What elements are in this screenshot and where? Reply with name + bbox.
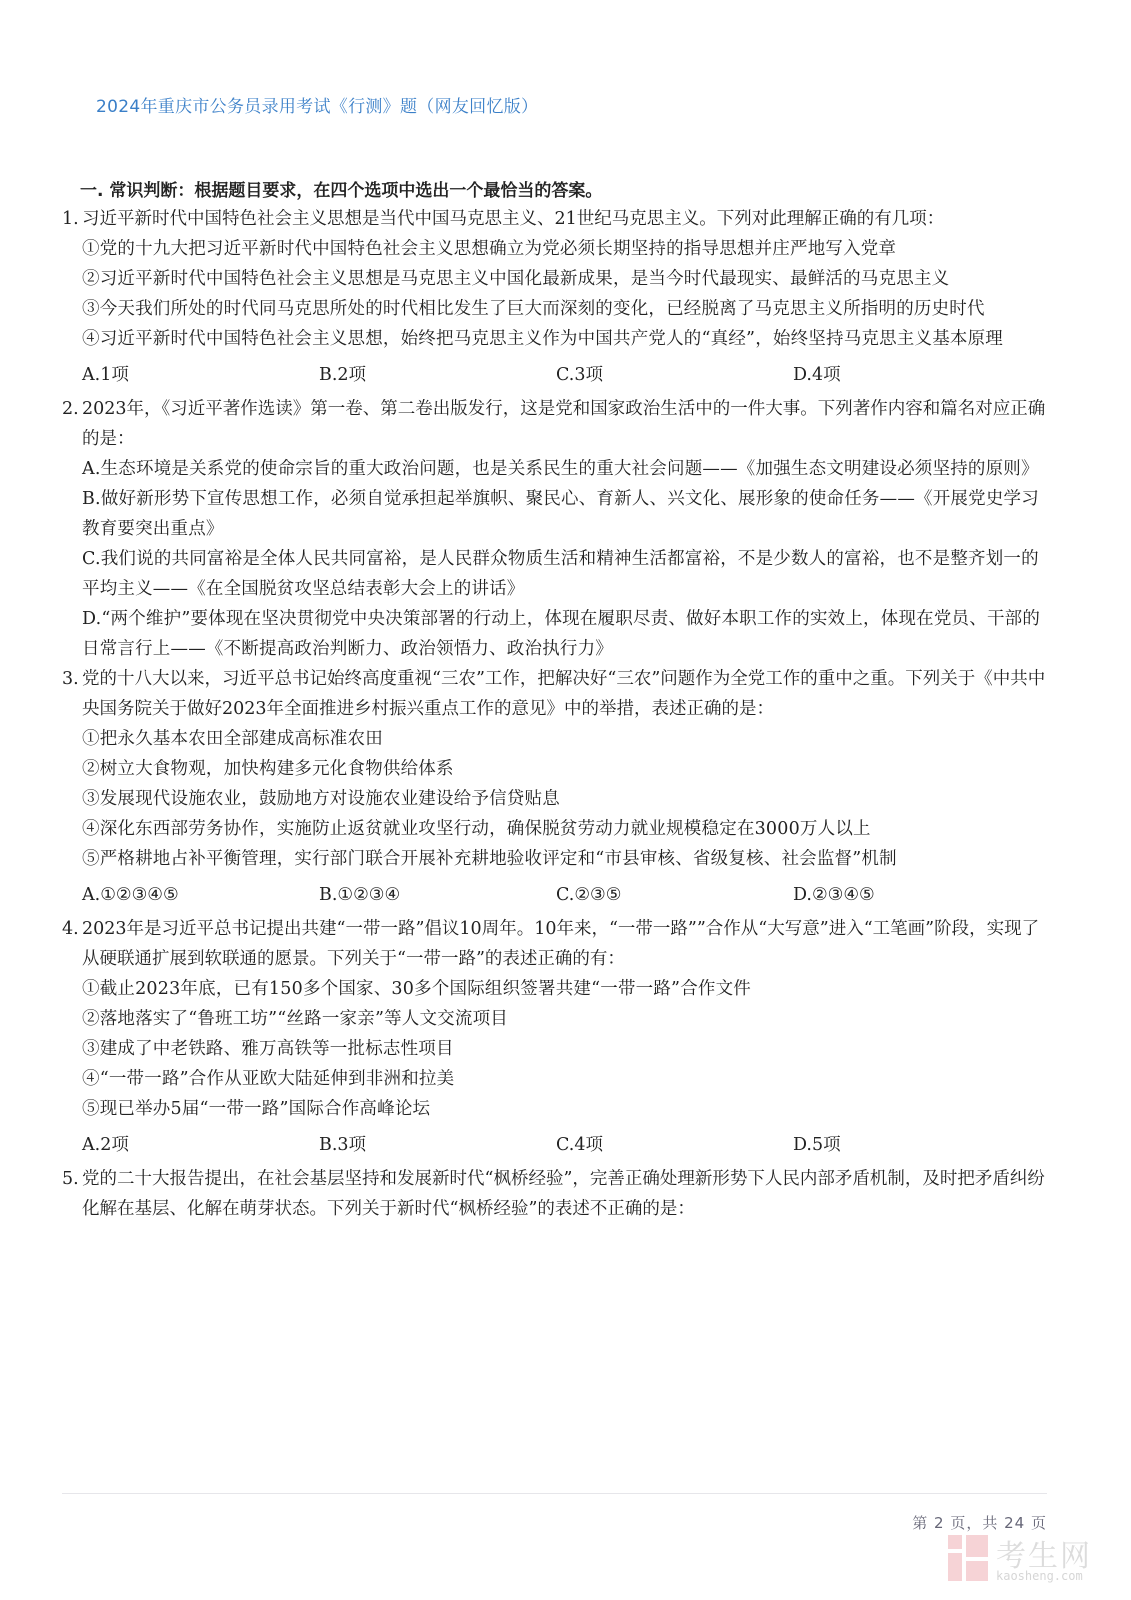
option-a: A.2项 [82, 1130, 319, 1160]
option-c: C.我们说的共同富裕是全体人民共同富裕，是人民群众物质生活和精神生活都富裕，不是… [62, 544, 1052, 604]
question-stem: 5.党的二十大报告提出，在社会基层坚持和发展新时代“枫桥经验”，完善正确处理新形… [62, 1164, 1052, 1224]
option-d: D.“两个维护”要体现在坚决贯彻党中央决策部署的行动上，体现在履职尽责、做好本职… [62, 604, 1052, 664]
option-d: D.5项 [793, 1130, 1030, 1160]
question-4: 4.2023年是习近平总书记提出共建“一带一路”倡议10周年。10年来，“一带一… [62, 914, 1052, 1160]
statement-item: ②落地落实了“鲁班工坊”“丝路一家亲”等人文交流项目 [62, 1004, 1052, 1034]
option-a: A.生态环境是关系党的使命宗旨的重大政治问题，也是关系民生的重大社会问题——《加… [62, 454, 1052, 484]
question-number: 2. [62, 394, 82, 424]
question-5: 5.党的二十大报告提出，在社会基层坚持和发展新时代“枫桥经验”，完善正确处理新形… [62, 1164, 1052, 1224]
question-stem: 2.2023年，《习近平著作选读》第一卷、第二卷出版发行，这是党和国家政治生活中… [62, 394, 1052, 454]
question-3: 3.党的十八大以来，习近平总书记始终高度重视“三农”工作，把解决好“三农”问题作… [62, 664, 1052, 910]
question-text: 党的二十大报告提出，在社会基层坚持和发展新时代“枫桥经验”，完善正确处理新形势下… [82, 1169, 1045, 1219]
option-a: A.1项 [82, 360, 319, 390]
question-1: 1.习近平新时代中国特色社会主义思想是当代中国马克思主义、21世纪马克思主义。下… [62, 204, 1052, 390]
answer-options: A.1项 B.2项 C.3项 D.4项 [62, 360, 1052, 390]
statement-item: ③建成了中老铁路、雅万高铁等一批标志性项目 [62, 1034, 1052, 1064]
page-indicator: 第 2 页，共 24 页 [912, 1512, 1047, 1533]
statement-item: ④习近平新时代中国特色社会主义思想，始终把马克思主义作为中国共产党人的“真经”，… [62, 324, 1052, 354]
statement-item: ④“一带一路”合作从亚欧大陆延伸到非洲和拉美 [62, 1064, 1052, 1094]
watermark-domain: kaosheng.com [996, 1569, 1083, 1583]
option-b: B.3项 [319, 1130, 556, 1160]
statement-item: ④深化东西部劳务协作，实施防止返贫就业攻坚行动，确保脱贫劳动力就业规模稳定在30… [62, 814, 1052, 844]
option-c: C.3项 [556, 360, 793, 390]
statement-item: ⑤现已举办5届“一带一路”国际合作高峰论坛 [62, 1094, 1052, 1124]
document-title: 2024年重庆市公务员录用考试《行测》题（网友回忆版） [96, 92, 538, 117]
option-c: C.②③⑤ [556, 880, 793, 910]
answer-options: A.①②③④⑤ B.①②③④ C.②③⑤ D.②③④⑤ [62, 880, 1052, 910]
question-number: 1. [62, 204, 82, 234]
option-c: C.4项 [556, 1130, 793, 1160]
statement-item: ②习近平新时代中国特色社会主义思想是马克思主义中国化最新成果，是当今时代最现实、… [62, 264, 1052, 294]
question-text: 习近平新时代中国特色社会主义思想是当代中国马克思主义、21世纪马克思主义。下列对… [82, 209, 944, 229]
question-2: 2.2023年，《习近平著作选读》第一卷、第二卷出版发行，这是党和国家政治生活中… [62, 394, 1052, 664]
footer-divider [62, 1493, 1047, 1494]
option-a: A.①②③④⑤ [82, 880, 319, 910]
statement-item: ③发展现代设施农业，鼓励地方对设施农业建设给予信贷贴息 [62, 784, 1052, 814]
question-text: 2023年是习近平总书记提出共建“一带一路”倡议10周年。10年来，“一带一路”… [82, 919, 1039, 969]
kaosheng-logo-icon [948, 1535, 988, 1581]
statement-item: ⑤严格耕地占补平衡管理，实行部门联合开展补充耕地验收评定和“市县审核、省级复核、… [62, 844, 1052, 874]
section-heading: 一. 常识判断：根据题目要求，在四个选项中选出一个最恰当的答案。 [80, 176, 602, 201]
option-d: D.②③④⑤ [793, 880, 1030, 910]
option-d: D.4项 [793, 360, 1030, 390]
statement-item: ②树立大食物观，加快构建多元化食物供给体系 [62, 754, 1052, 784]
question-list: 1.习近平新时代中国特色社会主义思想是当代中国马克思主义、21世纪马克思主义。下… [62, 204, 1052, 1224]
statement-item: ①把永久基本农田全部建成高标准农田 [62, 724, 1052, 754]
statement-item: ③今天我们所处的时代同马克思所处的时代相比发生了巨大而深刻的变化，已经脱离了马克… [62, 294, 1052, 324]
question-number: 4. [62, 914, 82, 944]
option-b: B.做好新形势下宣传思想工作，必须自觉承担起举旗帜、聚民心、育新人、兴文化、展形… [62, 484, 1052, 544]
question-text: 2023年，《习近平著作选读》第一卷、第二卷出版发行，这是党和国家政治生活中的一… [82, 399, 1045, 449]
question-number: 3. [62, 664, 82, 694]
statement-item: ①截止2023年底，已有150多个国家、30多个国际组织签署共建“一带一路”合作… [62, 974, 1052, 1004]
question-stem: 1.习近平新时代中国特色社会主义思想是当代中国马克思主义、21世纪马克思主义。下… [62, 204, 1052, 234]
statement-item: ①党的十九大把习近平新时代中国特色社会主义思想确立为党必须长期坚持的指导思想并庄… [62, 234, 1052, 264]
option-b: B.①②③④ [319, 880, 556, 910]
option-b: B.2项 [319, 360, 556, 390]
answer-options: A.2项 B.3项 C.4项 D.5项 [62, 1130, 1052, 1160]
question-text: 党的十八大以来，习近平总书记始终高度重视“三农”工作，把解决好“三农”问题作为全… [82, 669, 1045, 719]
question-stem: 3.党的十八大以来，习近平总书记始终高度重视“三农”工作，把解决好“三农”问题作… [62, 664, 1052, 724]
kaosheng-watermark: 考生网 kaosheng.com [948, 1535, 1118, 1595]
question-stem: 4.2023年是习近平总书记提出共建“一带一路”倡议10周年。10年来，“一带一… [62, 914, 1052, 974]
question-number: 5. [62, 1164, 82, 1194]
